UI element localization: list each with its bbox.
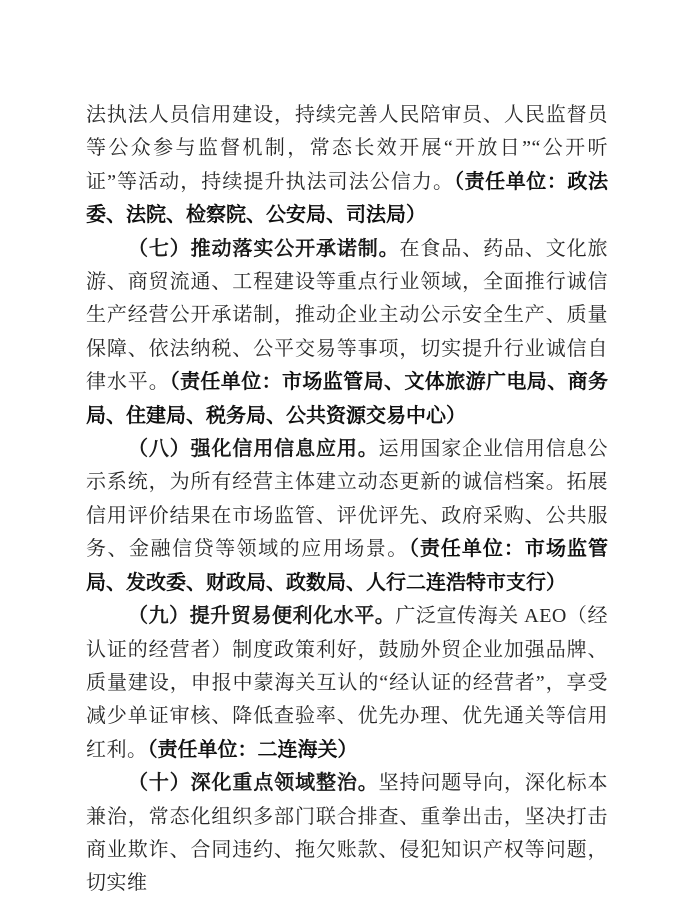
document-page: 法执法人员信用建设，持续完善人民陪审员、人民监督员等公众参与监督机制，常态长效开… bbox=[0, 0, 694, 903]
item-8-heading: （八）强化信用信息应用。 bbox=[128, 438, 379, 460]
item-7-heading: （七）推动落实公开承诺制。 bbox=[128, 238, 400, 260]
paragraph-item-9: （九）提升贸易便利化水平。广泛宣传海关 AEO（经认证的经营者）制度政策利好，鼓… bbox=[86, 600, 608, 767]
responsible-unit-label: （责任单位：二连海关） bbox=[148, 739, 358, 761]
item-10-heading: （十）深化重点领域整治。 bbox=[128, 772, 379, 794]
paragraph-item-10: （十）深化重点领域整治。坚持问题导向，深化标本兼治，常态化组织多部门联合排查、重… bbox=[86, 767, 608, 901]
body-text-segment: 在食品、药品、文化旅游、商贸流通、工程建设等重点行业领域，全面推行诚信生产经营公… bbox=[86, 238, 608, 394]
paragraph-continuation: 法执法人员信用建设，持续完善人民陪审员、人民监督员等公众参与监督机制，常态长效开… bbox=[86, 99, 608, 233]
paragraph-item-7: （七）推动落实公开承诺制。在食品、药品、文化旅游、商贸流通、工程建设等重点行业领… bbox=[86, 233, 608, 433]
body-text-segment: 广泛宣传海关 AEO（经认证的经营者）制度政策利好，鼓励外贸企业加强品牌、质量建… bbox=[86, 605, 608, 761]
paragraph-item-8: （八）强化信用信息应用。运用国家企业信用信息公示系统，为所有经营主体建立动态更新… bbox=[86, 433, 608, 600]
item-9-heading: （九）提升贸易便利化水平。 bbox=[128, 605, 395, 627]
document-text-block: 法执法人员信用建设，持续完善人民陪审员、人民监督员等公众参与监督机制，常态长效开… bbox=[86, 99, 608, 901]
